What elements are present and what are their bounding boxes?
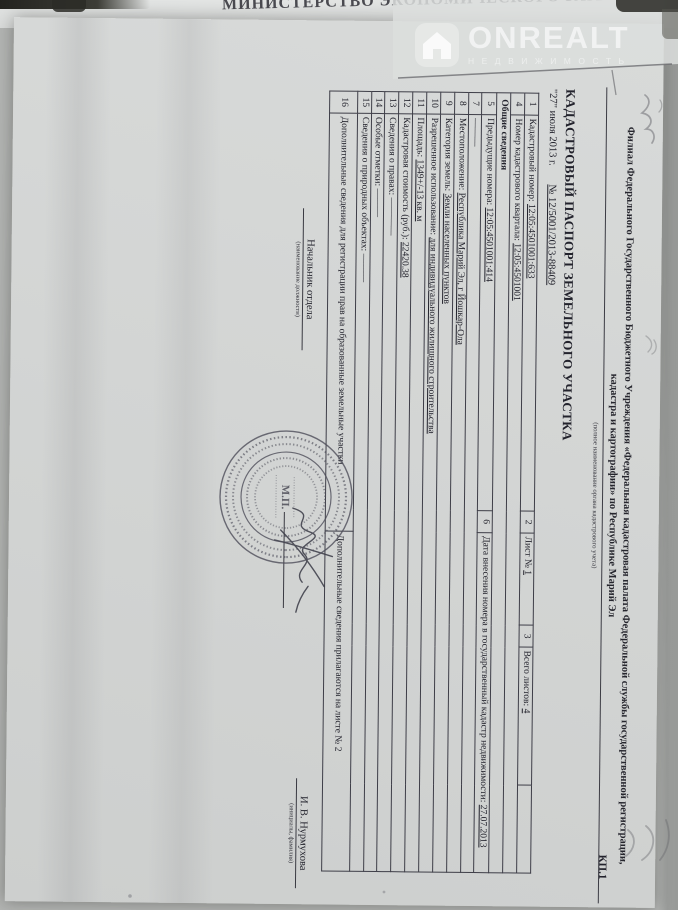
stamp-center-text: М.П.	[279, 485, 291, 510]
name-caption: (инициалы, фамилия)	[287, 778, 295, 888]
watermark-text: ONREALT НЕДВИЖИМОСТЬ	[468, 22, 632, 66]
signatory-name-block: И. В. Нурмухова (инициалы, фамилия)	[287, 778, 309, 888]
row-number: 7	[468, 92, 482, 114]
row-number: 9	[440, 92, 454, 114]
date-text: "27" июля 2013 г.	[547, 89, 559, 166]
signatory-name: И. В. Нурмухова	[295, 778, 309, 888]
form-code: КП.1	[596, 855, 608, 880]
watermark-brand: ONREALT	[468, 22, 632, 54]
watermark-subtitle: НЕДВИЖИМОСТЬ	[468, 56, 632, 66]
org-line1: Филиал Федерального Государственного Бюд…	[617, 127, 636, 865]
round-stamp: М.П.	[215, 426, 356, 567]
row-number: 16	[330, 91, 358, 113]
row-number: 14	[371, 91, 385, 113]
row-number: 11	[413, 92, 427, 114]
row-number: 12	[399, 92, 413, 114]
row-number: 15	[358, 91, 372, 113]
position-caption: (наименование должности)	[294, 208, 302, 350]
org-line2: кадастра и картографии» по Республике Ма…	[606, 374, 620, 618]
cell-total-sheets: Всего листов: 4	[518, 647, 533, 785]
ministry-header-text: МИНИСТЕРСТВО ЭКОНОМИЧЕСКОГО РАЗВИТИЯ	[222, 0, 659, 14]
document-photo: МИНИСТЕРСТВО ЭКОНОМИЧЕСКОГО РАЗВИТИЯ Фил…	[0, 0, 678, 910]
row-number: 5	[482, 93, 497, 115]
dark-corner-top-left-blob	[52, 0, 86, 12]
onrealt-watermark: ONREALT НЕДВИЖИМОСТЬ	[414, 22, 632, 68]
cell-empty	[517, 785, 532, 873]
org-name: Филиал Федерального Государственного Бюд…	[598, 87, 638, 903]
row-number: 4	[511, 93, 525, 115]
row-number: 8	[454, 92, 468, 114]
row-number: 3	[519, 625, 533, 647]
document-number: № 12/5001/2013-88409	[545, 184, 557, 285]
page-title: КАДАСТРОВЫЙ ПАСПОРТ ЗЕМЕЛЬНОГО УЧАСТКА	[559, 89, 579, 441]
cell-sheet: Лист № 1	[519, 533, 534, 625]
row-number: 2	[520, 511, 534, 533]
house-icon	[414, 22, 460, 68]
date-line: "27" июля 2013 г. № 12/5001/2013-88409	[545, 89, 558, 285]
row-number: 1	[525, 93, 539, 115]
row-number: 10	[426, 92, 440, 114]
row-number: 6	[478, 511, 493, 533]
signatory-position: Начальник отдела	[302, 208, 316, 350]
dark-corner-top-right-blob	[662, 9, 678, 39]
cadastral-passport-page: Филиал Федерального Государственного Бюд…	[5, 17, 664, 908]
row-number: 13	[385, 92, 399, 114]
signatory-position-block: Начальник отдела (наименование должности…	[294, 208, 316, 350]
